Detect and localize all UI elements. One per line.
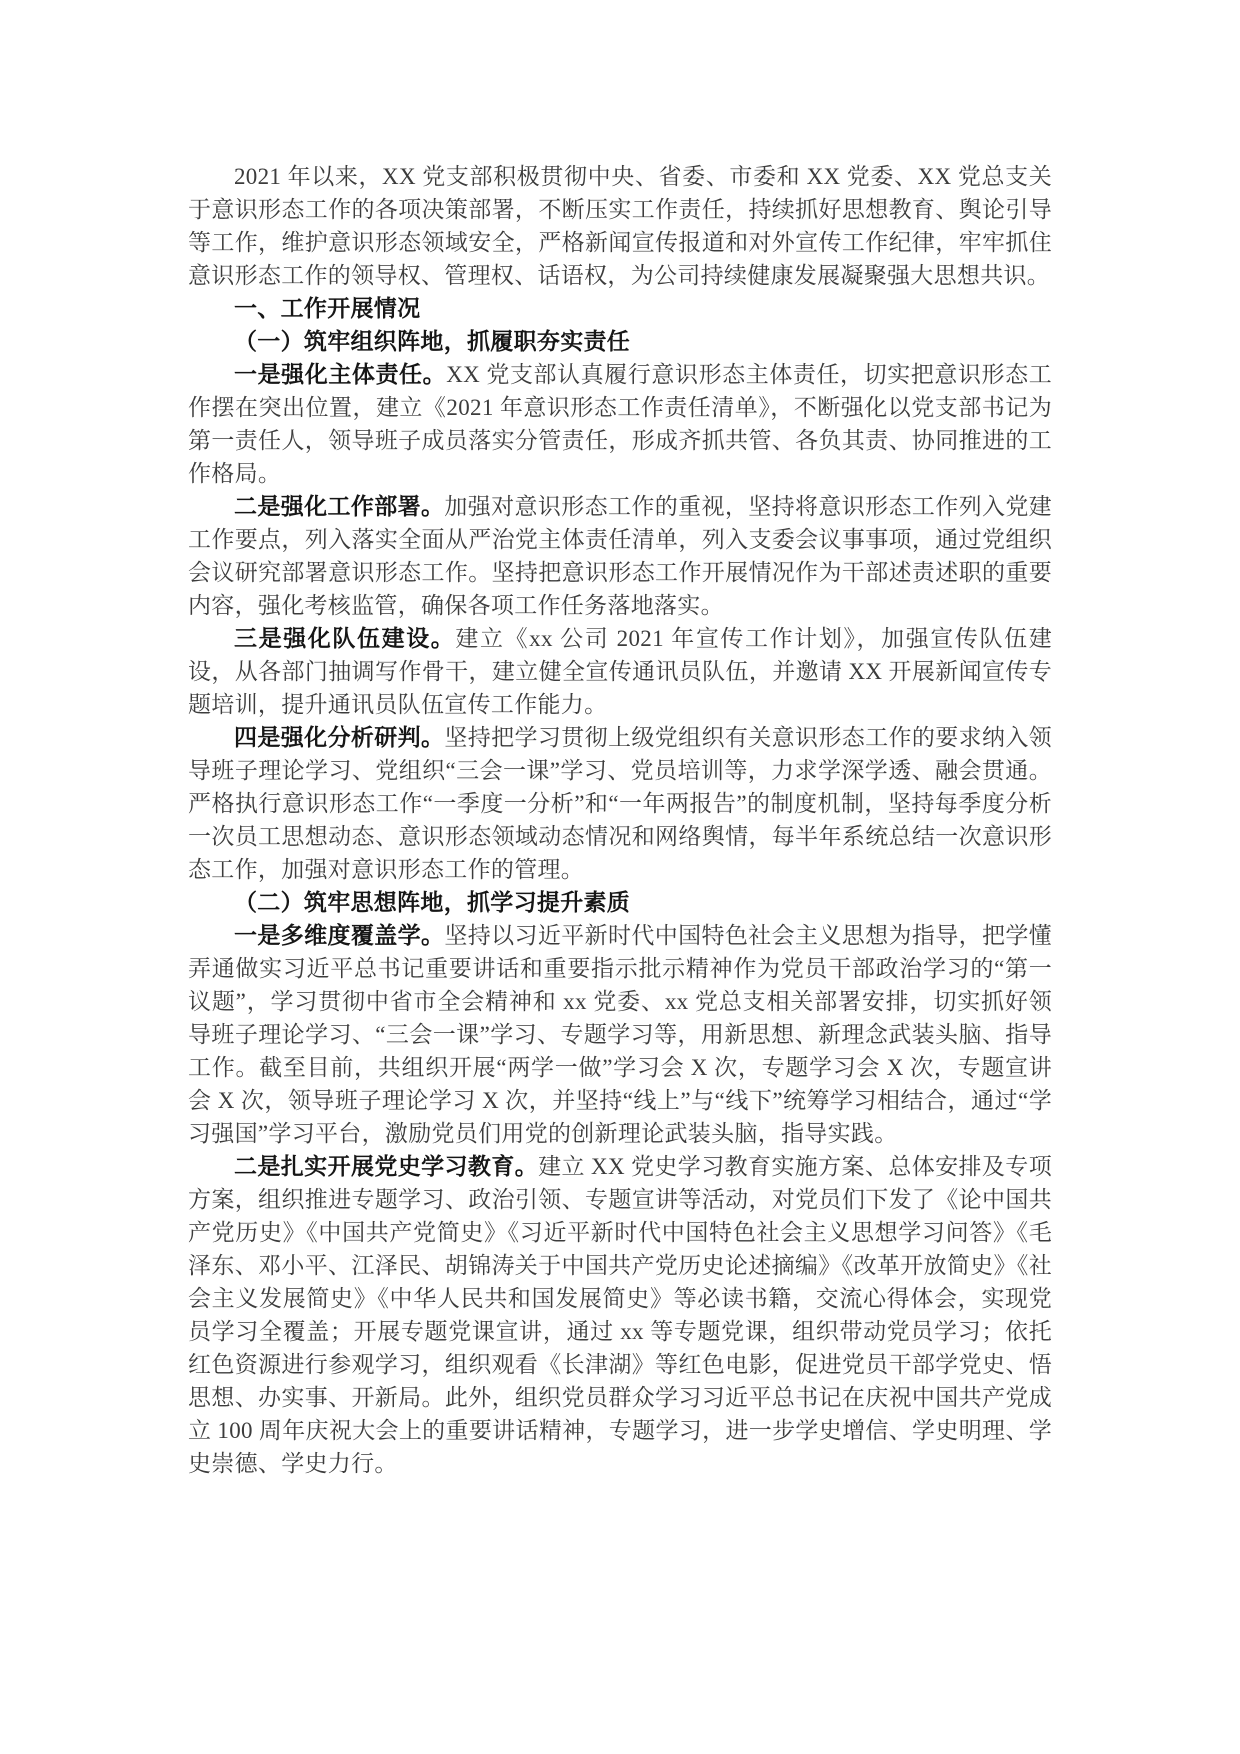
paragraph-team-building: 三是强化队伍建设。建立《xx 公司 2021 年宣传工作计划》，加强宣传队伍建设…: [188, 622, 1052, 721]
subsection-heading-ideology-study: （二）筑牢思想阵地，抓学习提升素质: [188, 886, 1052, 919]
document-content: 2021 年以来，XX 党支部积极贯彻中央、省委、市委和 XX 党委、XX 党总…: [188, 160, 1052, 1480]
paragraph-analysis-lead: 四是强化分析研判。: [234, 725, 444, 750]
paragraph-deployment-lead: 二是强化工作部署。: [234, 494, 444, 519]
paragraph-multidimensional-study: 一是多维度覆盖学。坚持以习近平新时代中国特色社会主义思想为指导，把学懂弄通做实习…: [188, 919, 1052, 1150]
paragraph-responsibility-lead: 一是强化主体责任。: [234, 362, 446, 387]
paragraph-multidimensional-study-lead: 一是多维度覆盖学。: [234, 923, 444, 948]
paragraph-responsibility: 一是强化主体责任。XX 党支部认真履行意识形态主体责任，切实把意识形态工作摆在突…: [188, 358, 1052, 490]
paragraph-team-building-lead: 三是强化队伍建设。: [234, 626, 455, 651]
paragraph-party-history-education-lead: 二是扎实开展党史学习教育。: [234, 1154, 538, 1179]
intro-paragraph: 2021 年以来，XX 党支部积极贯彻中央、省委、市委和 XX 党委、XX 党总…: [188, 160, 1052, 292]
document-page: 2021 年以来，XX 党支部积极贯彻中央、省委、市委和 XX 党委、XX 党总…: [0, 0, 1240, 1754]
paragraph-party-history-education-body: 建立 XX 党史学习教育实施方案、总体安排及专项方案，组织推进专题学习、政治引领…: [188, 1154, 1052, 1476]
paragraph-multidimensional-study-body: 坚持以习近平新时代中国特色社会主义思想为指导，把学懂弄通做实习近平总书记重要讲话…: [188, 923, 1052, 1146]
paragraph-analysis: 四是强化分析研判。坚持把学习贯彻上级党组织有关意识形态工作的要求纳入领导班子理论…: [188, 721, 1052, 886]
section-heading-work-progress: 一、工作开展情况: [188, 292, 1052, 325]
paragraph-party-history-education: 二是扎实开展党史学习教育。建立 XX 党史学习教育实施方案、总体安排及专项方案，…: [188, 1150, 1052, 1480]
paragraph-deployment: 二是强化工作部署。加强对意识形态工作的重视，坚持将意识形态工作列入党建工作要点，…: [188, 490, 1052, 622]
subsection-heading-organization: （一）筑牢组织阵地，抓履职夯实责任: [188, 325, 1052, 358]
